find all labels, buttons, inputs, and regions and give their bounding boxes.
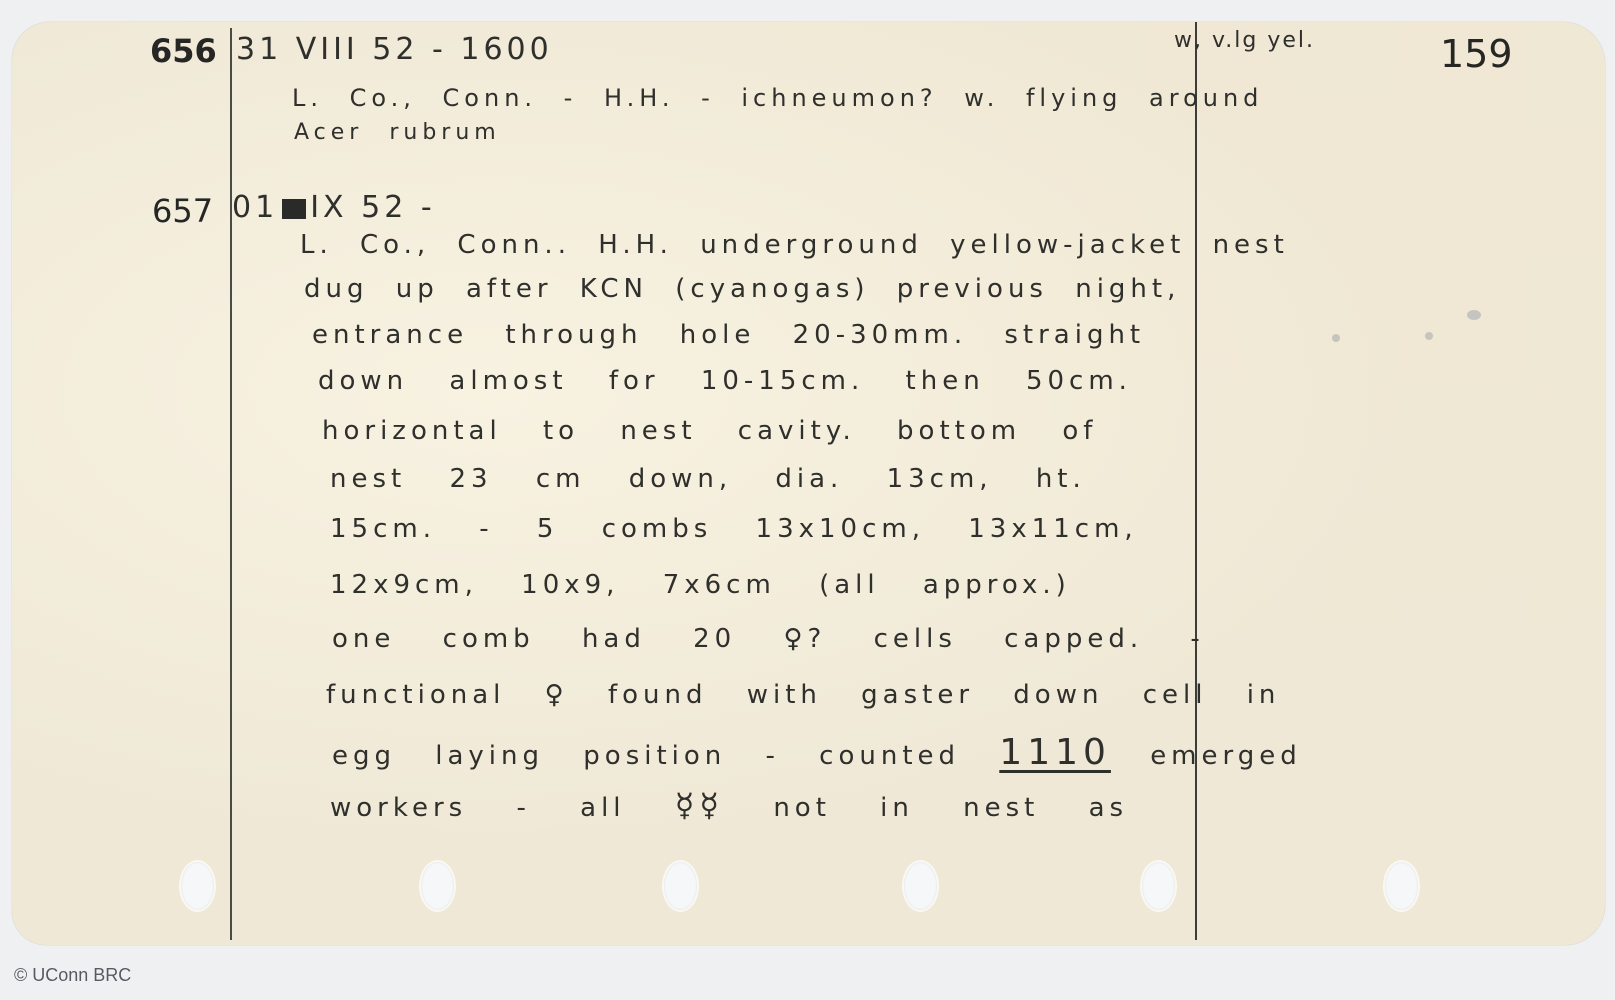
copyright-notice: © UConn BRC — [14, 965, 131, 986]
entry-date: 01IX 52 - — [232, 190, 436, 225]
entry-line: 15cm. - 5 combs 13x10cm, 13x11cm, — [330, 514, 1138, 544]
entry-line: L. Co., Conn.. H.H. underground yellow-j… — [300, 230, 1289, 260]
binder-hole — [904, 862, 937, 910]
worker-symbol: ☿☿ — [675, 786, 724, 824]
entry-number: 656 — [150, 32, 217, 70]
entry-line: down almost for 10-15cm. then 50cm. — [318, 366, 1132, 396]
entry-line: nest 23 cm down, dia. 13cm, ht. — [330, 464, 1086, 494]
left-margin-rule — [230, 28, 232, 940]
index-card: 159 w, v.lg yel. 656 31 VIII 52 - 1600 L… — [12, 22, 1605, 945]
entry-line: L. Co., Conn. - H.H. - ichneumon? w. fly… — [292, 84, 1263, 112]
date-day: 01 — [232, 190, 278, 225]
entry-line: functional ♀ found with gaster down cell… — [326, 680, 1280, 710]
entry-line: Acer rubrum — [294, 120, 501, 145]
binder-hole — [181, 862, 214, 910]
entry-line: dug up after KCN (cyanogas) previous nig… — [304, 274, 1180, 304]
redaction-mark — [282, 199, 306, 219]
smudge-mark — [1467, 310, 1481, 320]
binder-hole — [1385, 862, 1418, 910]
entry-line: one comb had 20 ♀? cells capped. - — [332, 624, 1205, 654]
page-number: 159 — [1440, 32, 1513, 76]
smudge-mark — [1332, 334, 1340, 342]
entry-date: 31 VIII 52 - 1600 — [236, 32, 553, 67]
binder-hole — [421, 862, 454, 910]
last-line-prefix: workers - all — [330, 793, 626, 823]
egg-line-prefix: egg laying position - counted — [332, 741, 960, 771]
binder-hole — [1142, 862, 1175, 910]
binder-hole — [664, 862, 697, 910]
entry-line: 12x9cm, 10x9, 7x6cm (all approx.) — [330, 570, 1071, 600]
last-line-suffix: not in nest as — [773, 793, 1128, 823]
egg-line-suffix: emerged — [1150, 741, 1302, 771]
smudge-mark — [1425, 332, 1433, 340]
entry-line: egg laying position - counted 1110 emerg… — [332, 732, 1302, 773]
entry-line: workers - all ☿☿ not in nest as — [330, 786, 1128, 824]
entry-number: 657 — [152, 192, 213, 230]
date-month-year: IX 52 - — [310, 190, 435, 225]
right-margin-rule — [1195, 22, 1197, 940]
emerged-count: 1110 — [999, 732, 1111, 773]
right-margin-note: w, v.lg yel. — [1174, 28, 1315, 53]
entry-line: horizontal to nest cavity. bottom of — [322, 416, 1097, 446]
entry-line: entrance through hole 20-30mm. straight — [312, 320, 1145, 350]
